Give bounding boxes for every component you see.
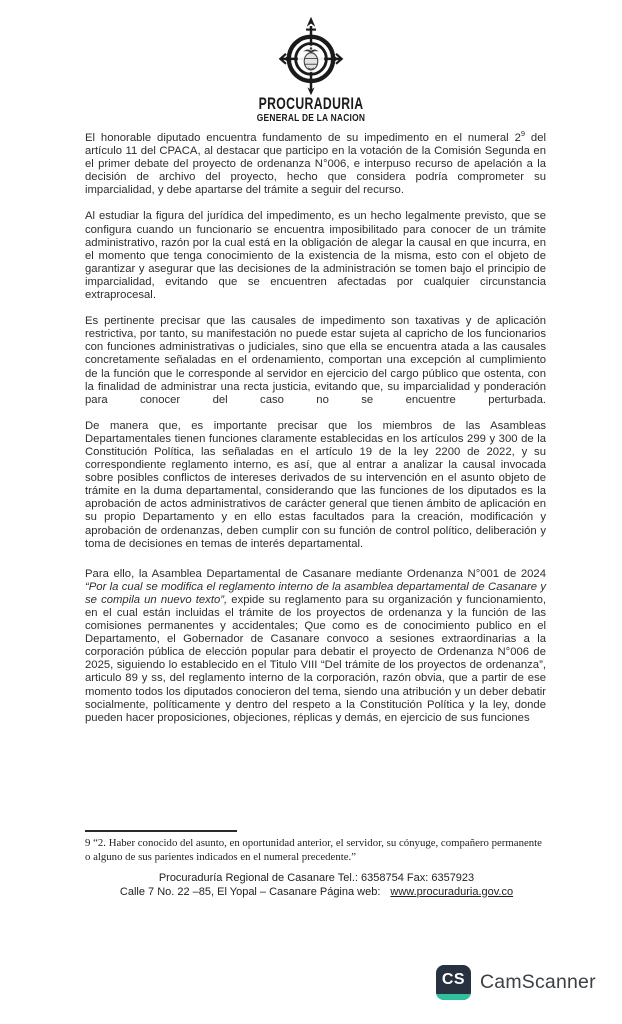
page-footer: Procuraduría Regional de Casanare Tel.: … [85, 872, 548, 899]
footnote: 9 “2. Haber conocido del asunto, en opor… [85, 837, 548, 864]
paragraph-5-lead: Para ello, la Asamblea Departamental de … [85, 568, 546, 580]
logo-title: PROCURADURIA [222, 97, 400, 112]
footer-line-1: Procuraduría Regional de Casanare Tel.: … [85, 872, 548, 886]
paragraph-3: Es pertinente precisar que las causales … [85, 315, 546, 407]
camscanner-icon-label: CS [442, 971, 465, 989]
footnote-block: 9 “2. Haber conocido del asunto, en opor… [85, 830, 548, 864]
paragraph-5: Para ello, la Asamblea Departamental de … [85, 568, 546, 725]
scanned-document-page: PROCURADURIA GENERAL DE LA NACION El hon… [0, 0, 622, 1024]
logo-subtitle: GENERAL DE LA NACION [215, 112, 407, 124]
website-link[interactable]: www.procuraduria.gov.co [390, 886, 513, 898]
camscanner-icon: CS [436, 965, 471, 1000]
footer-address: Calle 7 No. 22 –85, El Yopal – Casanare … [120, 886, 381, 898]
footnote-text: “2. Haber conocido del asunto, en oportu… [85, 837, 542, 863]
document-body: El honorable diputado encuentra fundamen… [85, 132, 546, 738]
paragraph-2: Al estudiar la figura del jurídica del i… [85, 210, 546, 302]
header-logo: PROCURADURIA GENERAL DE LA NACION [191, 16, 431, 124]
camscanner-label: CamScanner [480, 971, 596, 994]
paragraph-1-text: El honorable diputado encuentra fundamen… [85, 132, 521, 144]
footer-line-2: Calle 7 No. 22 –85, El Yopal – Casanare … [85, 886, 548, 900]
camscanner-watermark: CS CamScanner [436, 965, 596, 1000]
paragraph-1: El honorable diputado encuentra fundamen… [85, 132, 546, 197]
footnote-divider [85, 830, 237, 832]
paragraph-4: De manera que, es importante precisar qu… [85, 420, 546, 551]
paragraph-5-rest: expide su reglamento para su organizació… [85, 594, 546, 724]
camscanner-accent-bar [436, 994, 471, 1000]
procuraduria-seal-icon [267, 16, 355, 96]
